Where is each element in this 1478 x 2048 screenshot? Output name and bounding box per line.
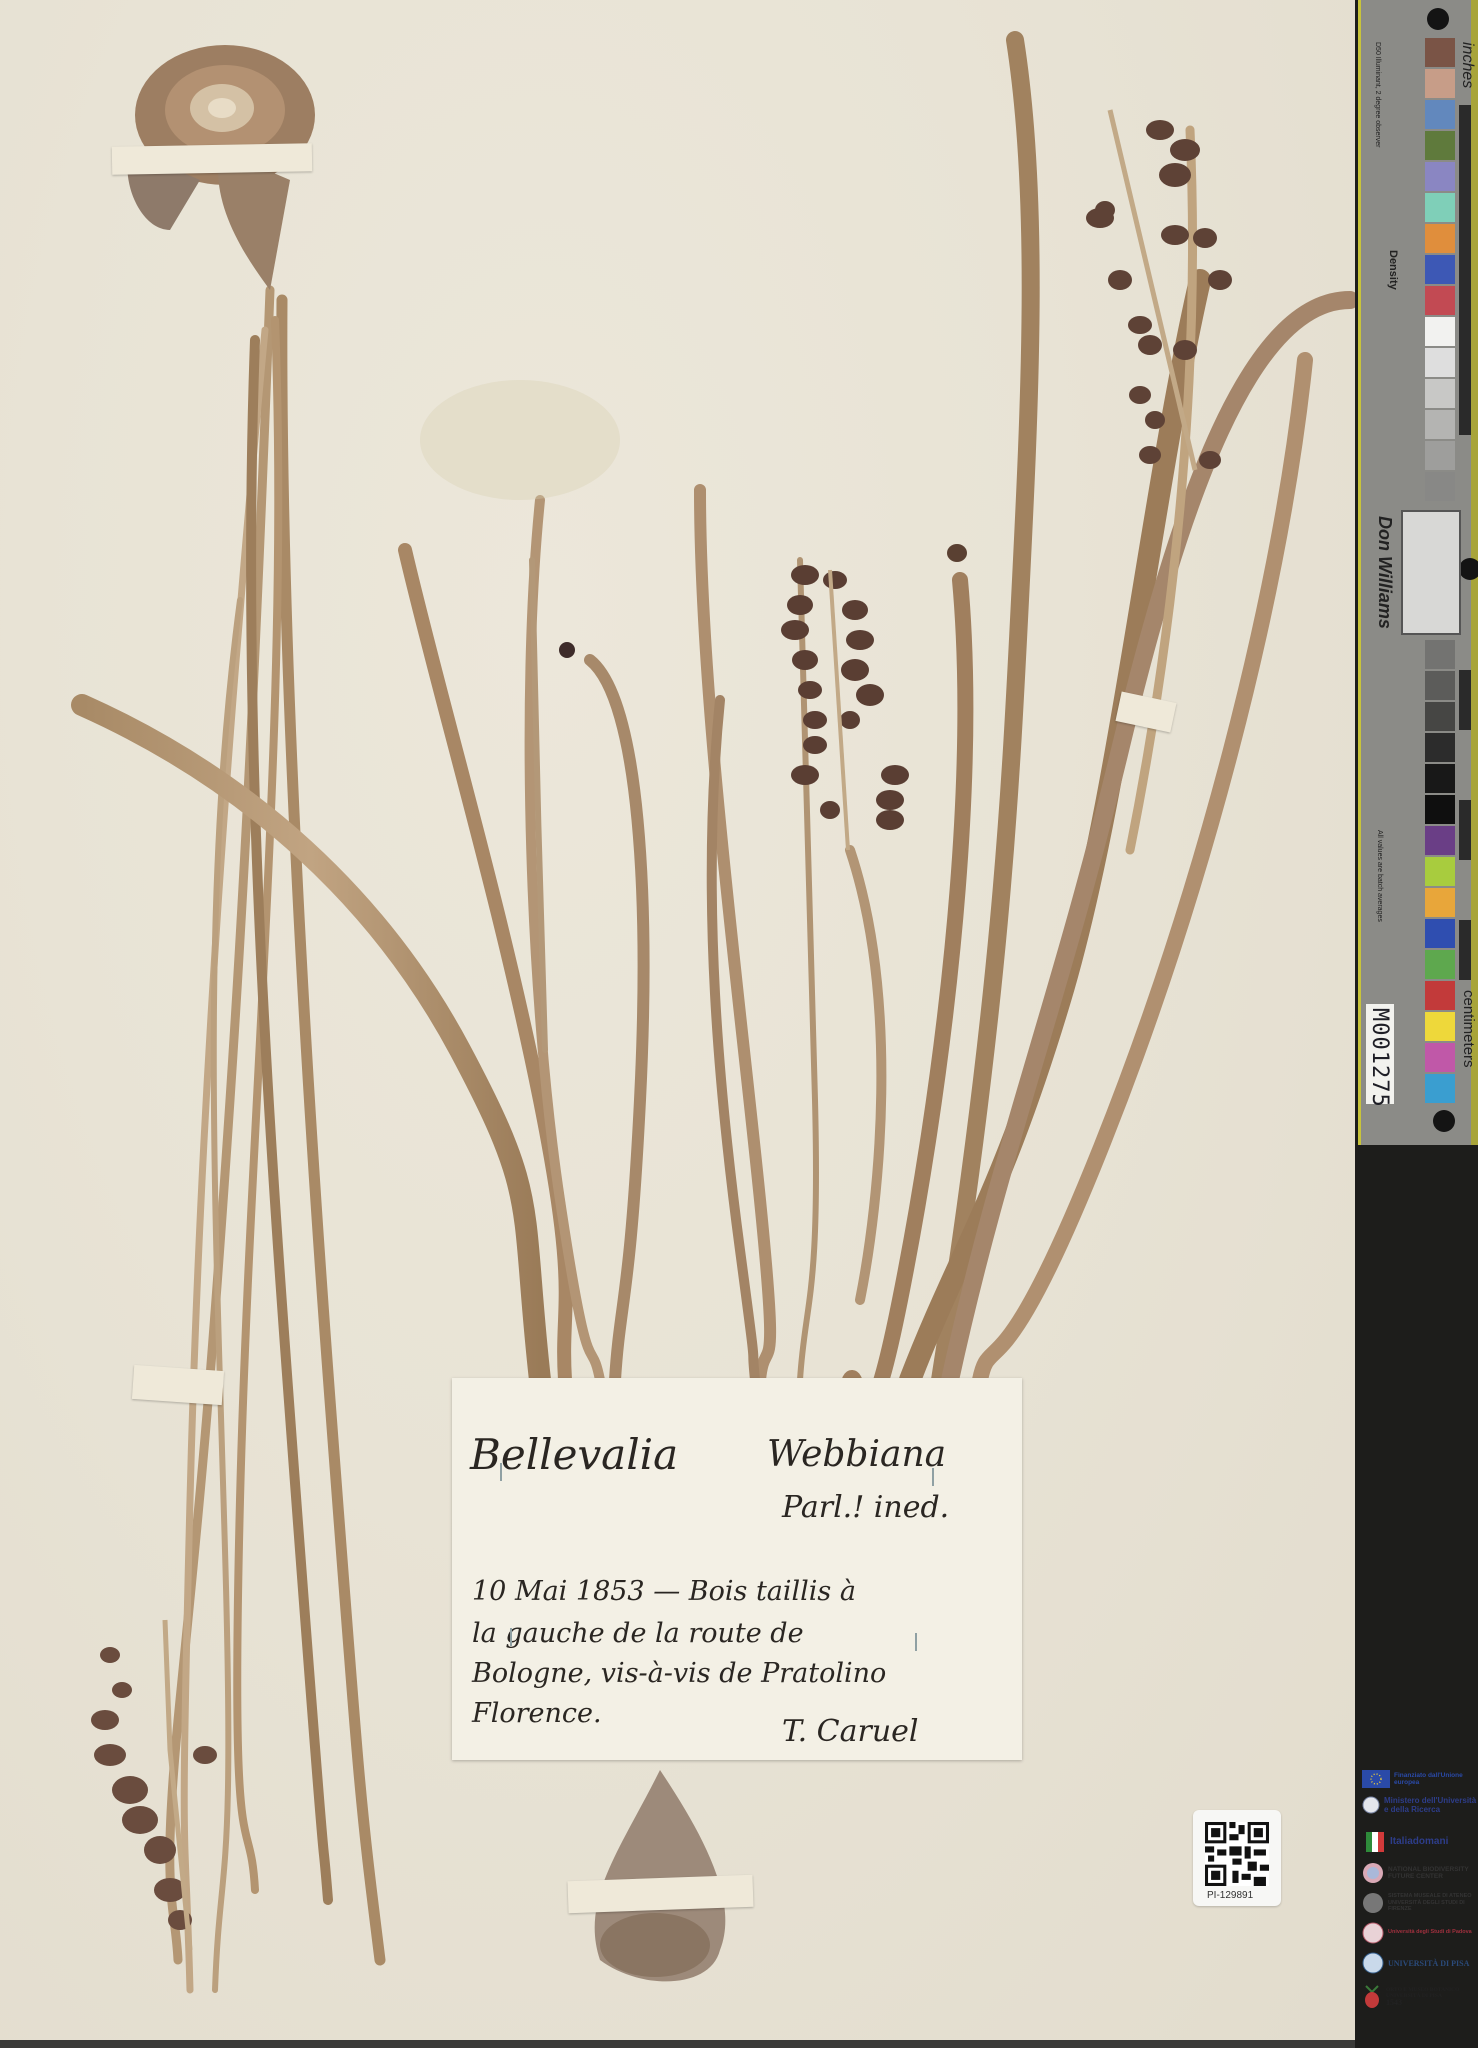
color-patch-24: [1425, 888, 1455, 917]
specimen-label: Bellevalia Webbiana Parl.! ined. 10 Mai …: [452, 1378, 1022, 1760]
sheet-shadow: [0, 2040, 1355, 2048]
color-patch-8: [1425, 255, 1455, 284]
qr-code-sticker[interactable]: PI-129891: [1193, 1810, 1281, 1906]
label-locality-2: la gauche de la route de: [472, 1618, 804, 1649]
italia-flag-icon: [1362, 1832, 1386, 1852]
ruler-dark: [1459, 920, 1471, 980]
batch-note: All values are batch averages: [1376, 830, 1383, 922]
qr-code-icon: [1205, 1822, 1269, 1886]
color-patch-14: [1425, 441, 1455, 470]
pin: [500, 1463, 502, 1481]
color-patch-18: [1425, 702, 1455, 731]
color-patch-12: [1425, 379, 1455, 408]
color-patch-22: [1425, 826, 1455, 855]
ruler-dark: [1459, 800, 1471, 860]
ministry-emblem-icon: [1362, 1796, 1380, 1814]
color-patch-3: [1425, 100, 1455, 129]
ruler-dark: [1459, 670, 1471, 730]
color-patch-10: [1425, 317, 1455, 346]
color-patch-30: [1425, 1074, 1455, 1103]
strap-top-bulb: [112, 143, 312, 174]
logo-eu: Finanziato dall'Unione europea: [1362, 1770, 1478, 1788]
label-date-locality: 10 Mai 1853 — Bois taillis à: [472, 1576, 856, 1607]
pin: [510, 1628, 512, 1646]
color-patch-27: [1425, 981, 1455, 1010]
color-patch-7: [1425, 224, 1455, 253]
color-patch-6: [1425, 193, 1455, 222]
illuminant-note: D50 Illuminant, 2 degree observer: [1374, 42, 1381, 147]
raceme-right: [1086, 120, 1232, 469]
color-patch-25: [1425, 919, 1455, 948]
logo-italiadomani: Italiadomani: [1362, 1832, 1478, 1852]
centimeters-label: centimeters: [1460, 990, 1477, 1068]
color-patch-19: [1425, 733, 1455, 762]
eu-flag-icon: [1362, 1770, 1390, 1788]
label-epithet: Webbiana: [767, 1434, 946, 1475]
barcode-id: PI-129891: [1207, 1890, 1253, 1901]
nbfc-globe-icon: [1362, 1862, 1384, 1884]
fritillaria-flower-icon: [1362, 1984, 1382, 2010]
color-patch-15: [1425, 472, 1455, 501]
logo-unipd: Università degli Studi di Padova: [1362, 1922, 1478, 1944]
registration-dot-bottom: [1433, 1110, 1455, 1132]
density-label: Density: [1387, 250, 1399, 290]
strap-bottom-bulb: [567, 1875, 753, 1913]
color-patch-29: [1425, 1043, 1455, 1072]
color-patch-28: [1425, 1012, 1455, 1041]
logo-unipi: UNIVERSITÀ DI PISA: [1362, 1952, 1478, 1974]
label-locality-4: Florence.: [472, 1698, 602, 1729]
logo-unifi: SISTEMA MUSEALE DI ATENEO UNIVERSITÀ DEG…: [1362, 1892, 1478, 1914]
color-patch-9: [1425, 286, 1455, 315]
logo-mur: Ministero dell'Università e della Ricerc…: [1362, 1796, 1478, 1814]
color-patch-26: [1425, 950, 1455, 979]
color-calibration-chart: inches Don Williams D50 Illuminant, 2 de…: [1358, 0, 1478, 1145]
color-patch-16: [1425, 640, 1455, 669]
unipi-seal-icon: [1362, 1952, 1384, 1974]
pin: [932, 1468, 934, 1486]
logo-orto-botanico: ORTO E MUSEO BOTANICO UNIVERSITÀ DI PISA…: [1362, 1984, 1478, 2010]
color-patch-2: [1425, 69, 1455, 98]
label-locality-3: Bologne, vis-à-vis de Pratolino: [472, 1658, 886, 1689]
unipd-seal-icon: [1362, 1922, 1384, 1944]
color-patch-4: [1425, 131, 1455, 160]
catalog-number-tag: M001275: [1366, 1004, 1394, 1104]
label-authority: Parl.! ined.: [782, 1490, 949, 1525]
color-patch-1: [1425, 38, 1455, 67]
registration-dot-top: [1427, 8, 1449, 30]
color-patch-5: [1425, 162, 1455, 191]
registration-dot-mid: [1459, 558, 1478, 580]
color-patch-21: [1425, 795, 1455, 824]
inches-label: inches: [1458, 42, 1476, 88]
strap-left-stems: [132, 1365, 224, 1405]
pin: [915, 1633, 917, 1651]
logo-nbfc: NATIONAL BIODIVERSITY FUTURE CENTER: [1362, 1862, 1478, 1884]
color-patch-11: [1425, 348, 1455, 377]
label-collector: T. Caruel: [782, 1714, 919, 1749]
color-patch-13: [1425, 410, 1455, 439]
gray-target: [1401, 510, 1461, 635]
ruler-dark: [1459, 105, 1471, 435]
color-patch-17: [1425, 671, 1455, 700]
brand-label: Don Williams: [1374, 516, 1395, 629]
color-patch-20: [1425, 764, 1455, 793]
color-patch-23: [1425, 857, 1455, 886]
raceme-bottom-left: [91, 1647, 217, 1930]
catalog-number: M001275: [1367, 1008, 1392, 1108]
unifi-seal-icon: [1362, 1892, 1384, 1914]
